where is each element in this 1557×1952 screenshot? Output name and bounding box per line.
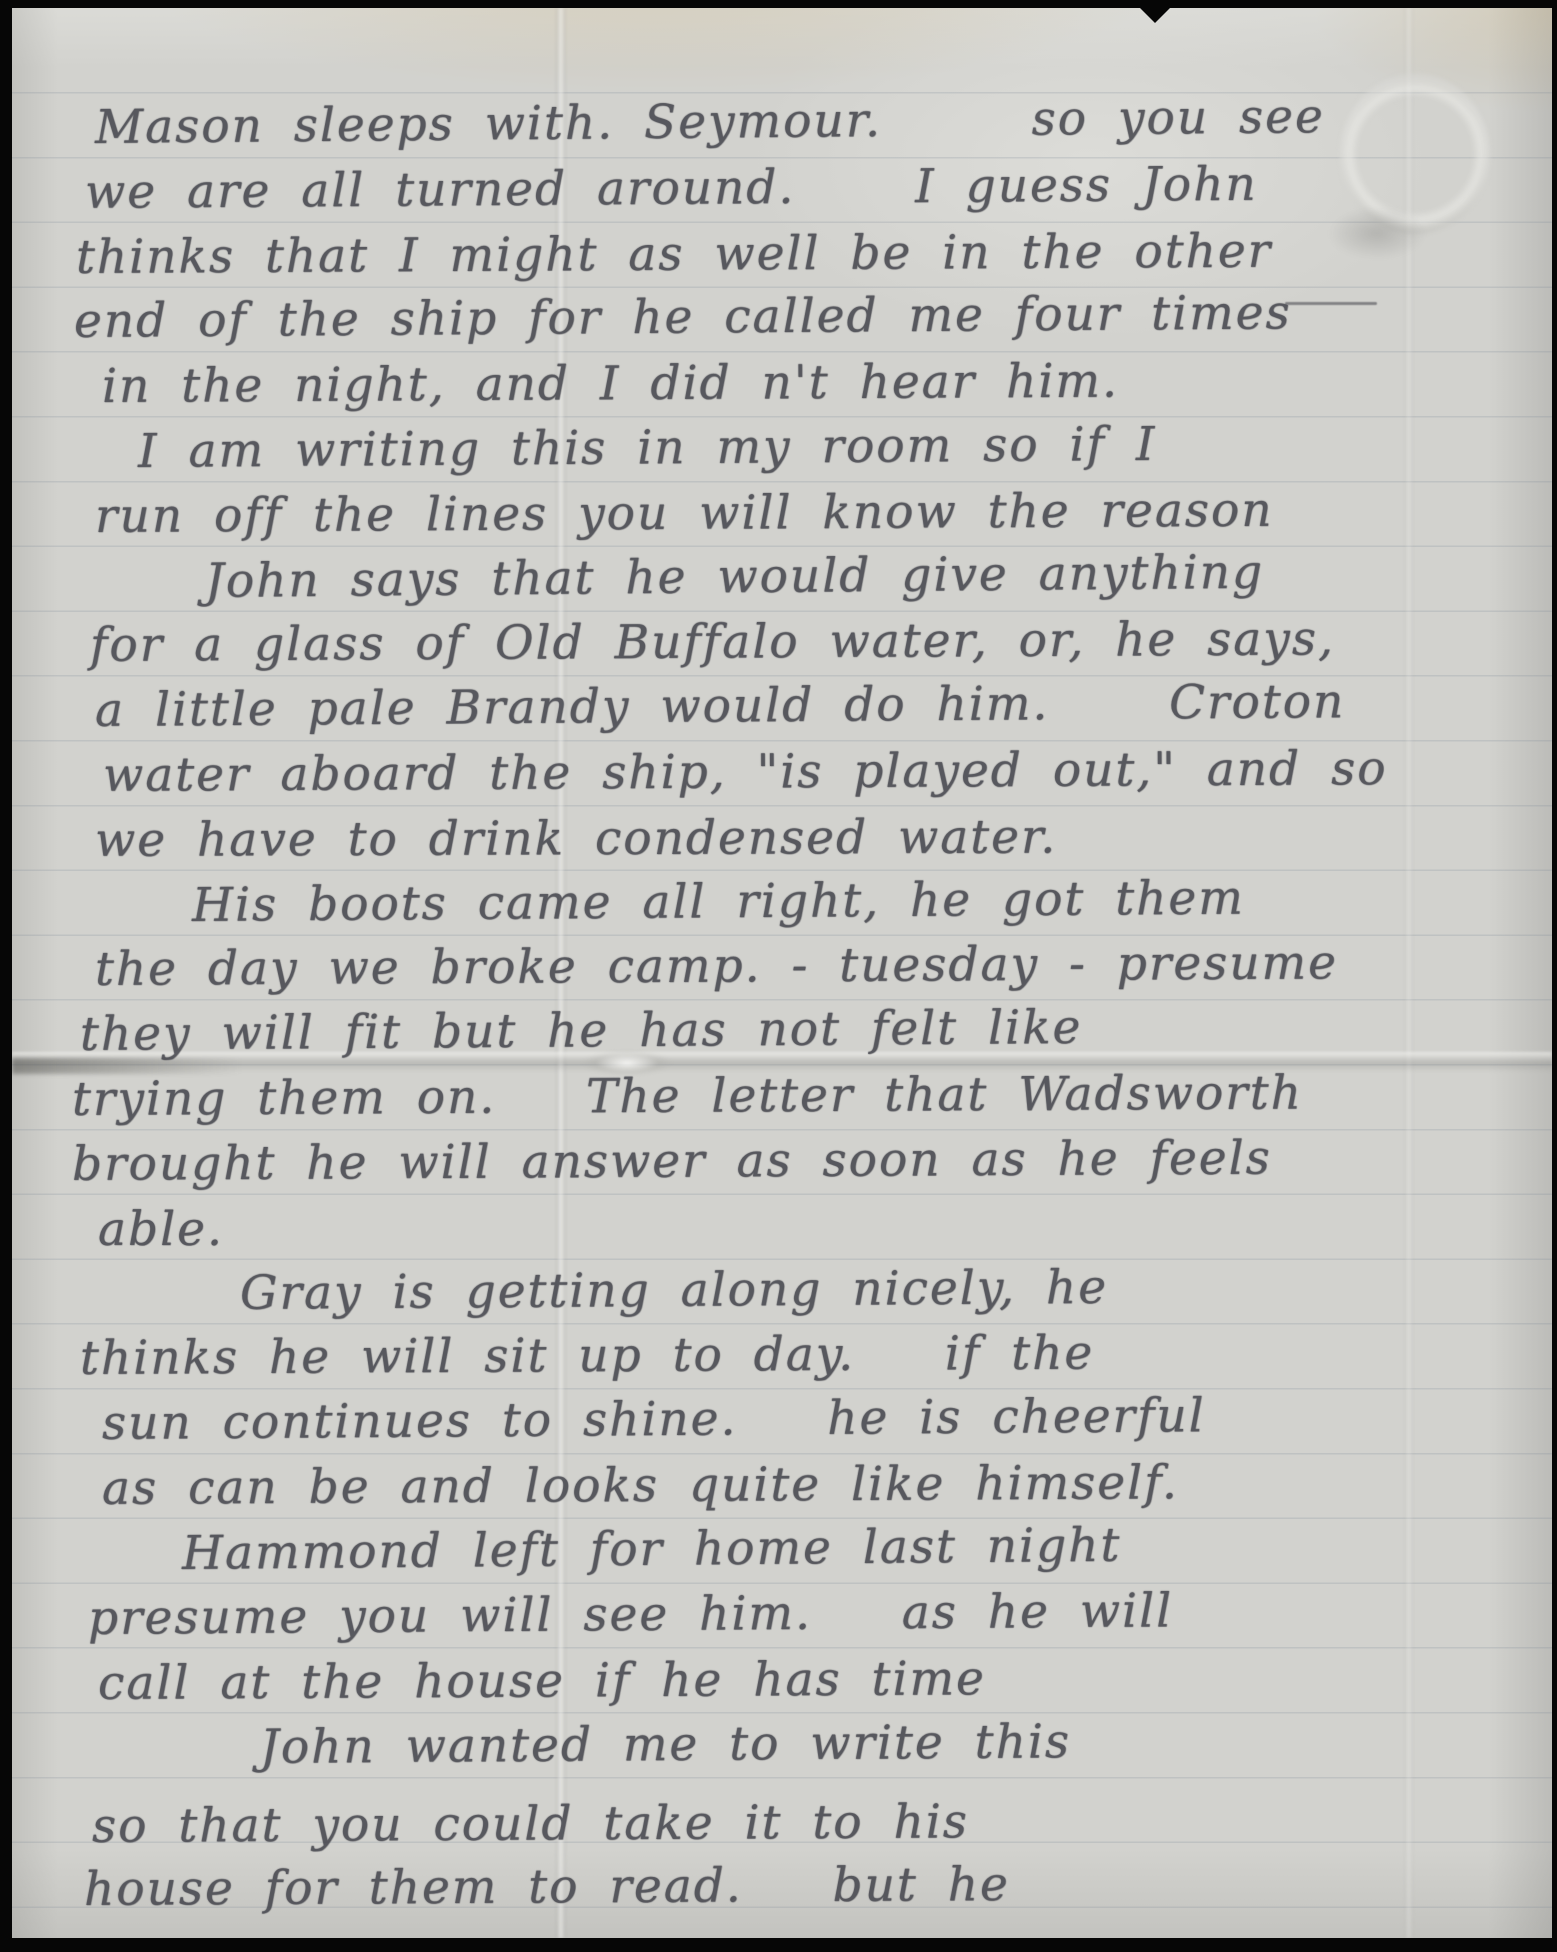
- handwritten-line: thinks that I might as well be in the ot…: [76, 224, 1272, 286]
- handwritten-line: they will fit but he has not felt like: [80, 1000, 1083, 1063]
- handwritten-line: brought he will answer as soon as he fee…: [72, 1131, 1272, 1193]
- handwritten-line: trying them on. The letter that Wadswort…: [72, 1066, 1303, 1128]
- letter-paper: Mason sleeps with. Seymour. so you seewe…: [12, 8, 1552, 1938]
- handwritten-line: able.: [98, 1202, 224, 1258]
- handwritten-line: we have to drink condensed water.: [95, 810, 1057, 869]
- handwritten-line: Hammond left for home last night: [182, 1518, 1122, 1582]
- handwritten-line: presume you will see him. as he will: [88, 1583, 1174, 1647]
- handwritten-line: John wanted me to write this: [260, 1714, 1071, 1776]
- handwritten-line: as can be and looks quite like himself.: [102, 1455, 1179, 1517]
- handwritten-line: I am writing this in my room so if I: [138, 417, 1157, 480]
- handwritten-line: His boots came all right, he got them: [192, 871, 1245, 934]
- handwritten-line: John says that he would give anything: [205, 545, 1265, 610]
- scan-edge-right: [1552, 0, 1557, 1952]
- scan-edge-bottom: [0, 1938, 1557, 1952]
- handwritten-line: end of the ship for he called me four ti…: [74, 286, 1292, 350]
- handwritten-line: for a glass of Old Buffalo water, or, he…: [90, 611, 1335, 674]
- handwritten-line: so that you could take it to his: [92, 1794, 969, 1855]
- handwritten-line: in the night, and I did n't hear him.: [102, 354, 1119, 415]
- handwritten-line: house for them to read. but he: [84, 1857, 1010, 1918]
- handwritten-line: Gray is getting along nicely, he: [240, 1260, 1108, 1322]
- letter-lines: Mason sleeps with. Seymour. so you seewe…: [12, 8, 1552, 1938]
- handwritten-line: call at the house if he has time: [98, 1651, 986, 1712]
- handwritten-line: we are all turned around. I guess John: [85, 157, 1258, 221]
- handwritten-line: run off the lines you will know the reas…: [95, 483, 1274, 545]
- scan-edge-left: [0, 0, 12, 1952]
- handwritten-line: a little pale Brandy would do him. Croto…: [95, 674, 1346, 739]
- handwritten-line: Mason sleeps with. Seymour. so you see: [95, 89, 1325, 156]
- handwritten-line: thinks he will sit up to day. if the: [80, 1326, 1094, 1387]
- scan-edge-top: [0, 0, 1557, 8]
- handwritten-line: water aboard the ship, "is played out," …: [103, 741, 1388, 804]
- handwritten-line: the day we broke camp. - tuesday - presu…: [95, 935, 1338, 998]
- letter-scan: Mason sleeps with. Seymour. so you seewe…: [0, 0, 1557, 1952]
- handwritten-line: sun continues to shine. he is cheerful: [102, 1388, 1206, 1452]
